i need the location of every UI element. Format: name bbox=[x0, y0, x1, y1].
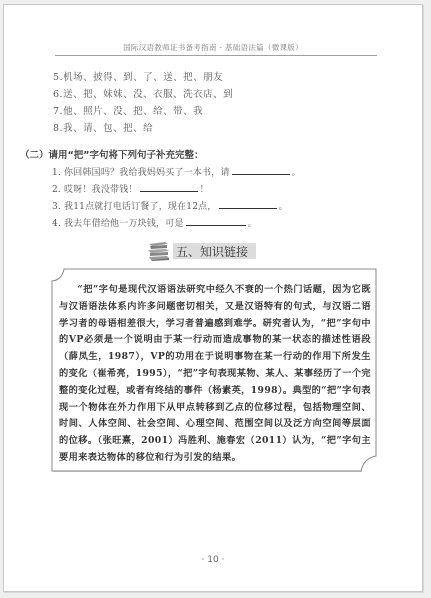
section-title-bar: 五、知识链接 bbox=[173, 243, 256, 259]
answer-blank[interactable] bbox=[186, 216, 246, 226]
document-page: 国际汉语教师证书备考指南 - 基础语法篇（微课版） 5.机场、披得、到、了、送、… bbox=[3, 4, 423, 592]
punctuation: 。 bbox=[279, 202, 288, 212]
item-number: 6. bbox=[53, 89, 63, 100]
books-icon bbox=[147, 240, 171, 262]
question-3: 3. 我11点就打电话订餐了，现在12点，。 bbox=[52, 199, 288, 212]
item-text: 送、把、妹妹、没、衣服、洗衣店、到 bbox=[63, 89, 233, 100]
header-rule bbox=[55, 55, 377, 56]
section-title-text: 五、知识链接 bbox=[176, 243, 248, 260]
question-text: 2. 哎呀！我没带钱！ bbox=[52, 185, 138, 195]
question-text: 1. 你回韩国吗？我给我妈妈买了一本书，请 bbox=[52, 168, 230, 178]
running-header: 国际汉语教师证书备考指南 - 基础语法篇（微课版） bbox=[4, 42, 422, 53]
question-1: 1. 你回韩国吗？我给我妈妈买了一本书，请。 bbox=[52, 165, 301, 178]
knowledge-paragraph: “把”字句是现代汉语语法研究中经久不衰的一个热门话题，因为它既与汉语语法体系内许… bbox=[59, 282, 371, 467]
knowledge-text: “把”字句是现代汉语语法研究中经久不衰的一个热门话题，因为它既与汉语语法体系内许… bbox=[59, 282, 371, 467]
exercise-item-8: 8.我、请、包、把、给 bbox=[53, 120, 153, 134]
exercise-item-5: 5.机场、披得、到、了、送、把、朋友 bbox=[53, 69, 223, 83]
section-two-heading: （二）请用“把”字句将下列句子补充完整： bbox=[20, 147, 204, 161]
item-number: 5. bbox=[53, 72, 63, 83]
page-number: · 10 · bbox=[4, 555, 422, 565]
item-number: 8. bbox=[53, 123, 63, 134]
punctuation: 。 bbox=[248, 219, 257, 229]
item-text: 机场、披得、到、了、送、把、朋友 bbox=[63, 72, 223, 83]
answer-blank[interactable] bbox=[219, 199, 277, 209]
punctuation: ！ bbox=[200, 185, 209, 195]
answer-blank[interactable] bbox=[140, 182, 198, 192]
answer-blank[interactable] bbox=[232, 165, 290, 175]
question-text: 4. 我去年借给他一万块钱，可是 bbox=[52, 219, 184, 229]
knowledge-box: “把”字句是现代汉语语法研究中经久不衰的一个热门话题，因为它既与汉语语法体系内许… bbox=[51, 268, 377, 472]
item-text: 他、照片、没、把、给、带、我 bbox=[63, 106, 203, 117]
section-five-title: 五、知识链接 bbox=[147, 239, 256, 263]
item-text: 我、请、包、把、给 bbox=[63, 123, 153, 134]
question-text: 3. 我11点就打电话订餐了，现在12点， bbox=[52, 202, 217, 212]
question-2: 2. 哎呀！我没带钱！！ bbox=[52, 182, 209, 195]
punctuation: 。 bbox=[292, 168, 301, 178]
question-4: 4. 我去年借给他一万块钱，可是。 bbox=[52, 216, 257, 229]
exercise-item-7: 7.他、照片、没、把、给、带、我 bbox=[53, 103, 203, 117]
exercise-item-6: 6.送、把、妹妹、没、衣服、洗衣店、到 bbox=[53, 86, 233, 100]
item-number: 7. bbox=[53, 106, 63, 117]
